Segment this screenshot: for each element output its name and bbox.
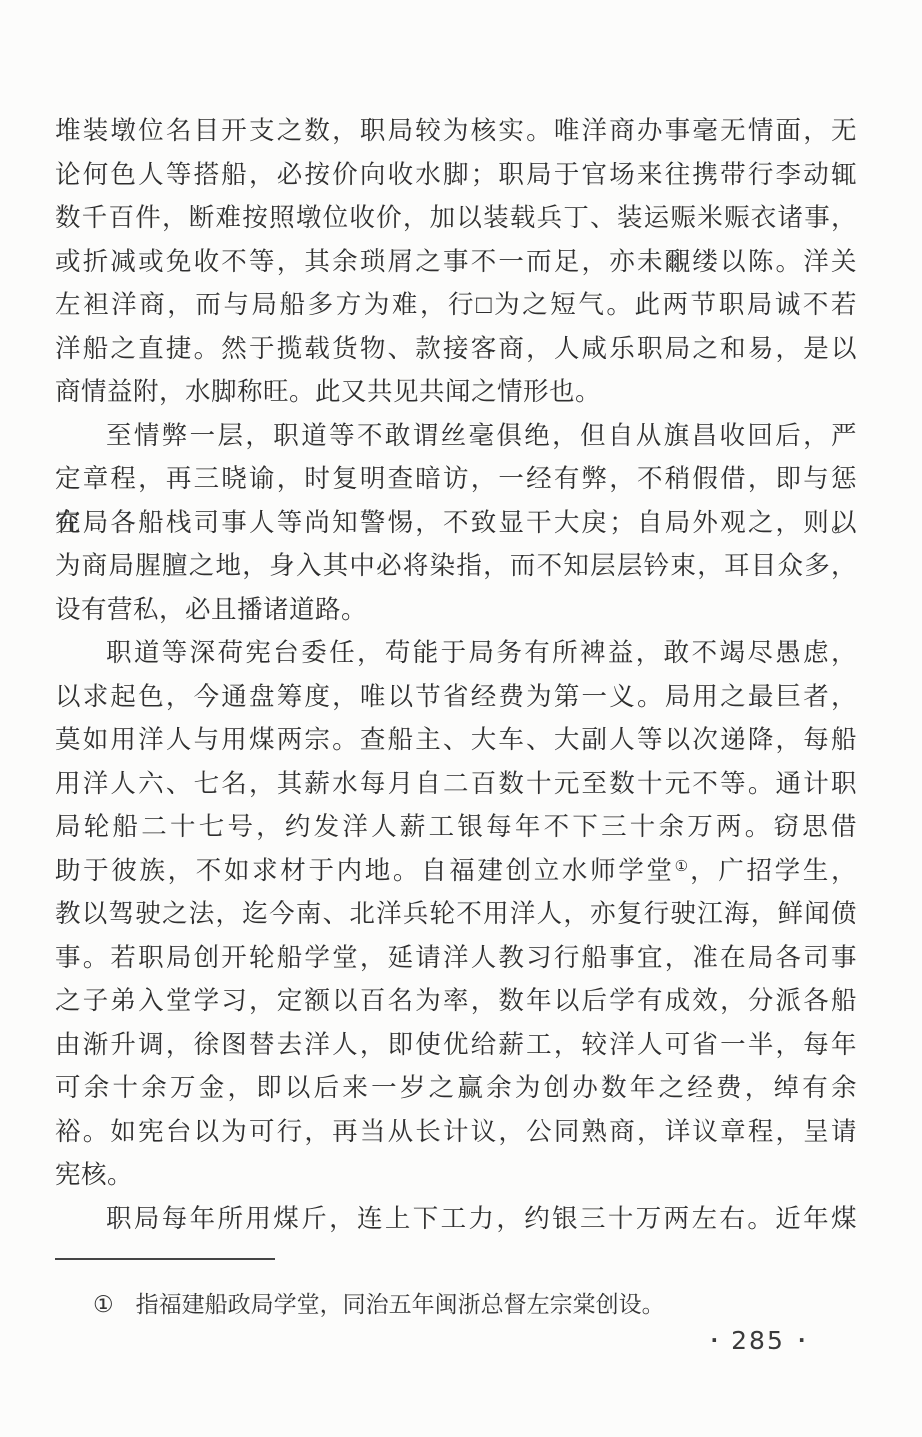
page-number-right-dot: · [798,1328,806,1352]
text-line: 洋船之直捷。然于揽载货物、款接客商，人咸乐职局之和易，是以 [55,327,857,371]
text-line: 论何色人等搭船，必按价向收水脚；职局于官场来往携带行李动辄 [55,153,857,197]
page-number-value: 285 [731,1326,785,1355]
footnote: ①指福建船政局学堂，同治五年闽浙总督左宗棠创设。 [93,1290,853,1320]
text-line paragraph-start: 职道等深荷宪台委任，苟能于局务有所裨益，敢不竭尽愚虑， [55,631,857,675]
text-line: 之子弟入堂学习，定额以百名为率，数年以后学有成效，分派各船 [55,979,857,1023]
text-line: 为商局腥膻之地，身入其中必将染指，而不知层层钤束，耳目众多， [55,544,857,588]
text-segment: 助于彼族，不如求材于内地。自福建创立水师学堂 [55,856,675,885]
text-line paragraph-start: 职局每年所用煤斤，连上下工力，约银三十万两左右。近年煤 [55,1197,857,1241]
footnote-text: 指福建船政局学堂，同治五年闽浙总督左宗棠创设。 [136,1292,665,1317]
page-number: ·285· [693,1326,823,1355]
text-line: 事。若职局创开轮船学堂，延请洋人教习行船事宜，准在局各司事 [55,936,857,980]
text-line: 局轮船二十七号，约发洋人薪工银每年不下三十余万两。窃思借 [55,805,857,849]
text-line: 堆装墩位名目开支之数，职局较为核实。唯洋商办事毫无情面，无 [55,109,857,153]
text-line paragraph-end: 设有营私，必且播诸道路。 [55,588,857,632]
text-line: 助于彼族，不如求材于内地。自福建创立水师学堂①，广招学生， [55,849,857,893]
text-line: 莫如用洋人与用煤两宗。查船主、大车、大副人等以次递降，每船 [55,718,857,762]
text-line: 在局各船栈司事人等尚知警惕，不致显干大戾；自局外观之，则以 [55,501,857,545]
scanned-book-page: 堆装墩位名目开支之数，职局较为核实。唯洋商办事毫无情面，无 论何色人等搭船，必按… [0,0,922,1437]
text-line: 可余十余万金，即以后来一岁之赢余为创办数年之经费，绰有余 [55,1066,857,1110]
text-line: 左袒洋商，而与局船多方为难，行□为之短气。此两节职局诚不若 [55,283,857,327]
footnote-divider [55,1258,275,1260]
text-line: 由渐升调，徐图替去洋人，即使优给薪工，较洋人可省一半，每年 [55,1023,857,1067]
text-line: 或折减或免收不等，其余琐屑之事不一而足，亦未覼缕以陈。洋关 [55,240,857,284]
text-line: 数千百件，断难按照墩位收价，加以装载兵丁、装运赈米赈衣诸事， [55,196,857,240]
text-segment: ，广招学生， [690,856,857,885]
text-line: 裕。如宪台以为可行，再当从长计议，公同熟商，详议章程，呈请 [55,1110,857,1154]
text-line: 定章程，再三晓谕，时复明查暗访，一经有弊，不稍假借，即与惩究。 [55,457,857,501]
footnote-reference-mark: ① [675,859,691,875]
text-line: 用洋人六、七名，其薪水每月自二百数十元至数十元不等。通计职 [55,762,857,806]
page-number-left-dot: · [711,1328,719,1352]
text-line: 教以驾驶之法，迄今南、北洋兵轮不用洋人，亦复行驶江海，鲜闻偾 [55,892,857,936]
text-line paragraph-start: 至情弊一层，职道等不敢谓丝毫俱绝，但自从旗昌收回后，严 [55,414,857,458]
text-line paragraph-end: 商情益附，水脚称旺。此又共见共闻之情形也。 [55,370,857,414]
body-text: 堆装墩位名目开支之数，职局较为核实。唯洋商办事毫无情面，无 论何色人等搭船，必按… [55,109,857,1240]
footnote-marker: ① [93,1290,114,1320]
text-line paragraph-end: 宪核。 [55,1153,857,1197]
text-line: 以求起色，今通盘筹度，唯以节省经费为第一义。局用之最巨者， [55,675,857,719]
